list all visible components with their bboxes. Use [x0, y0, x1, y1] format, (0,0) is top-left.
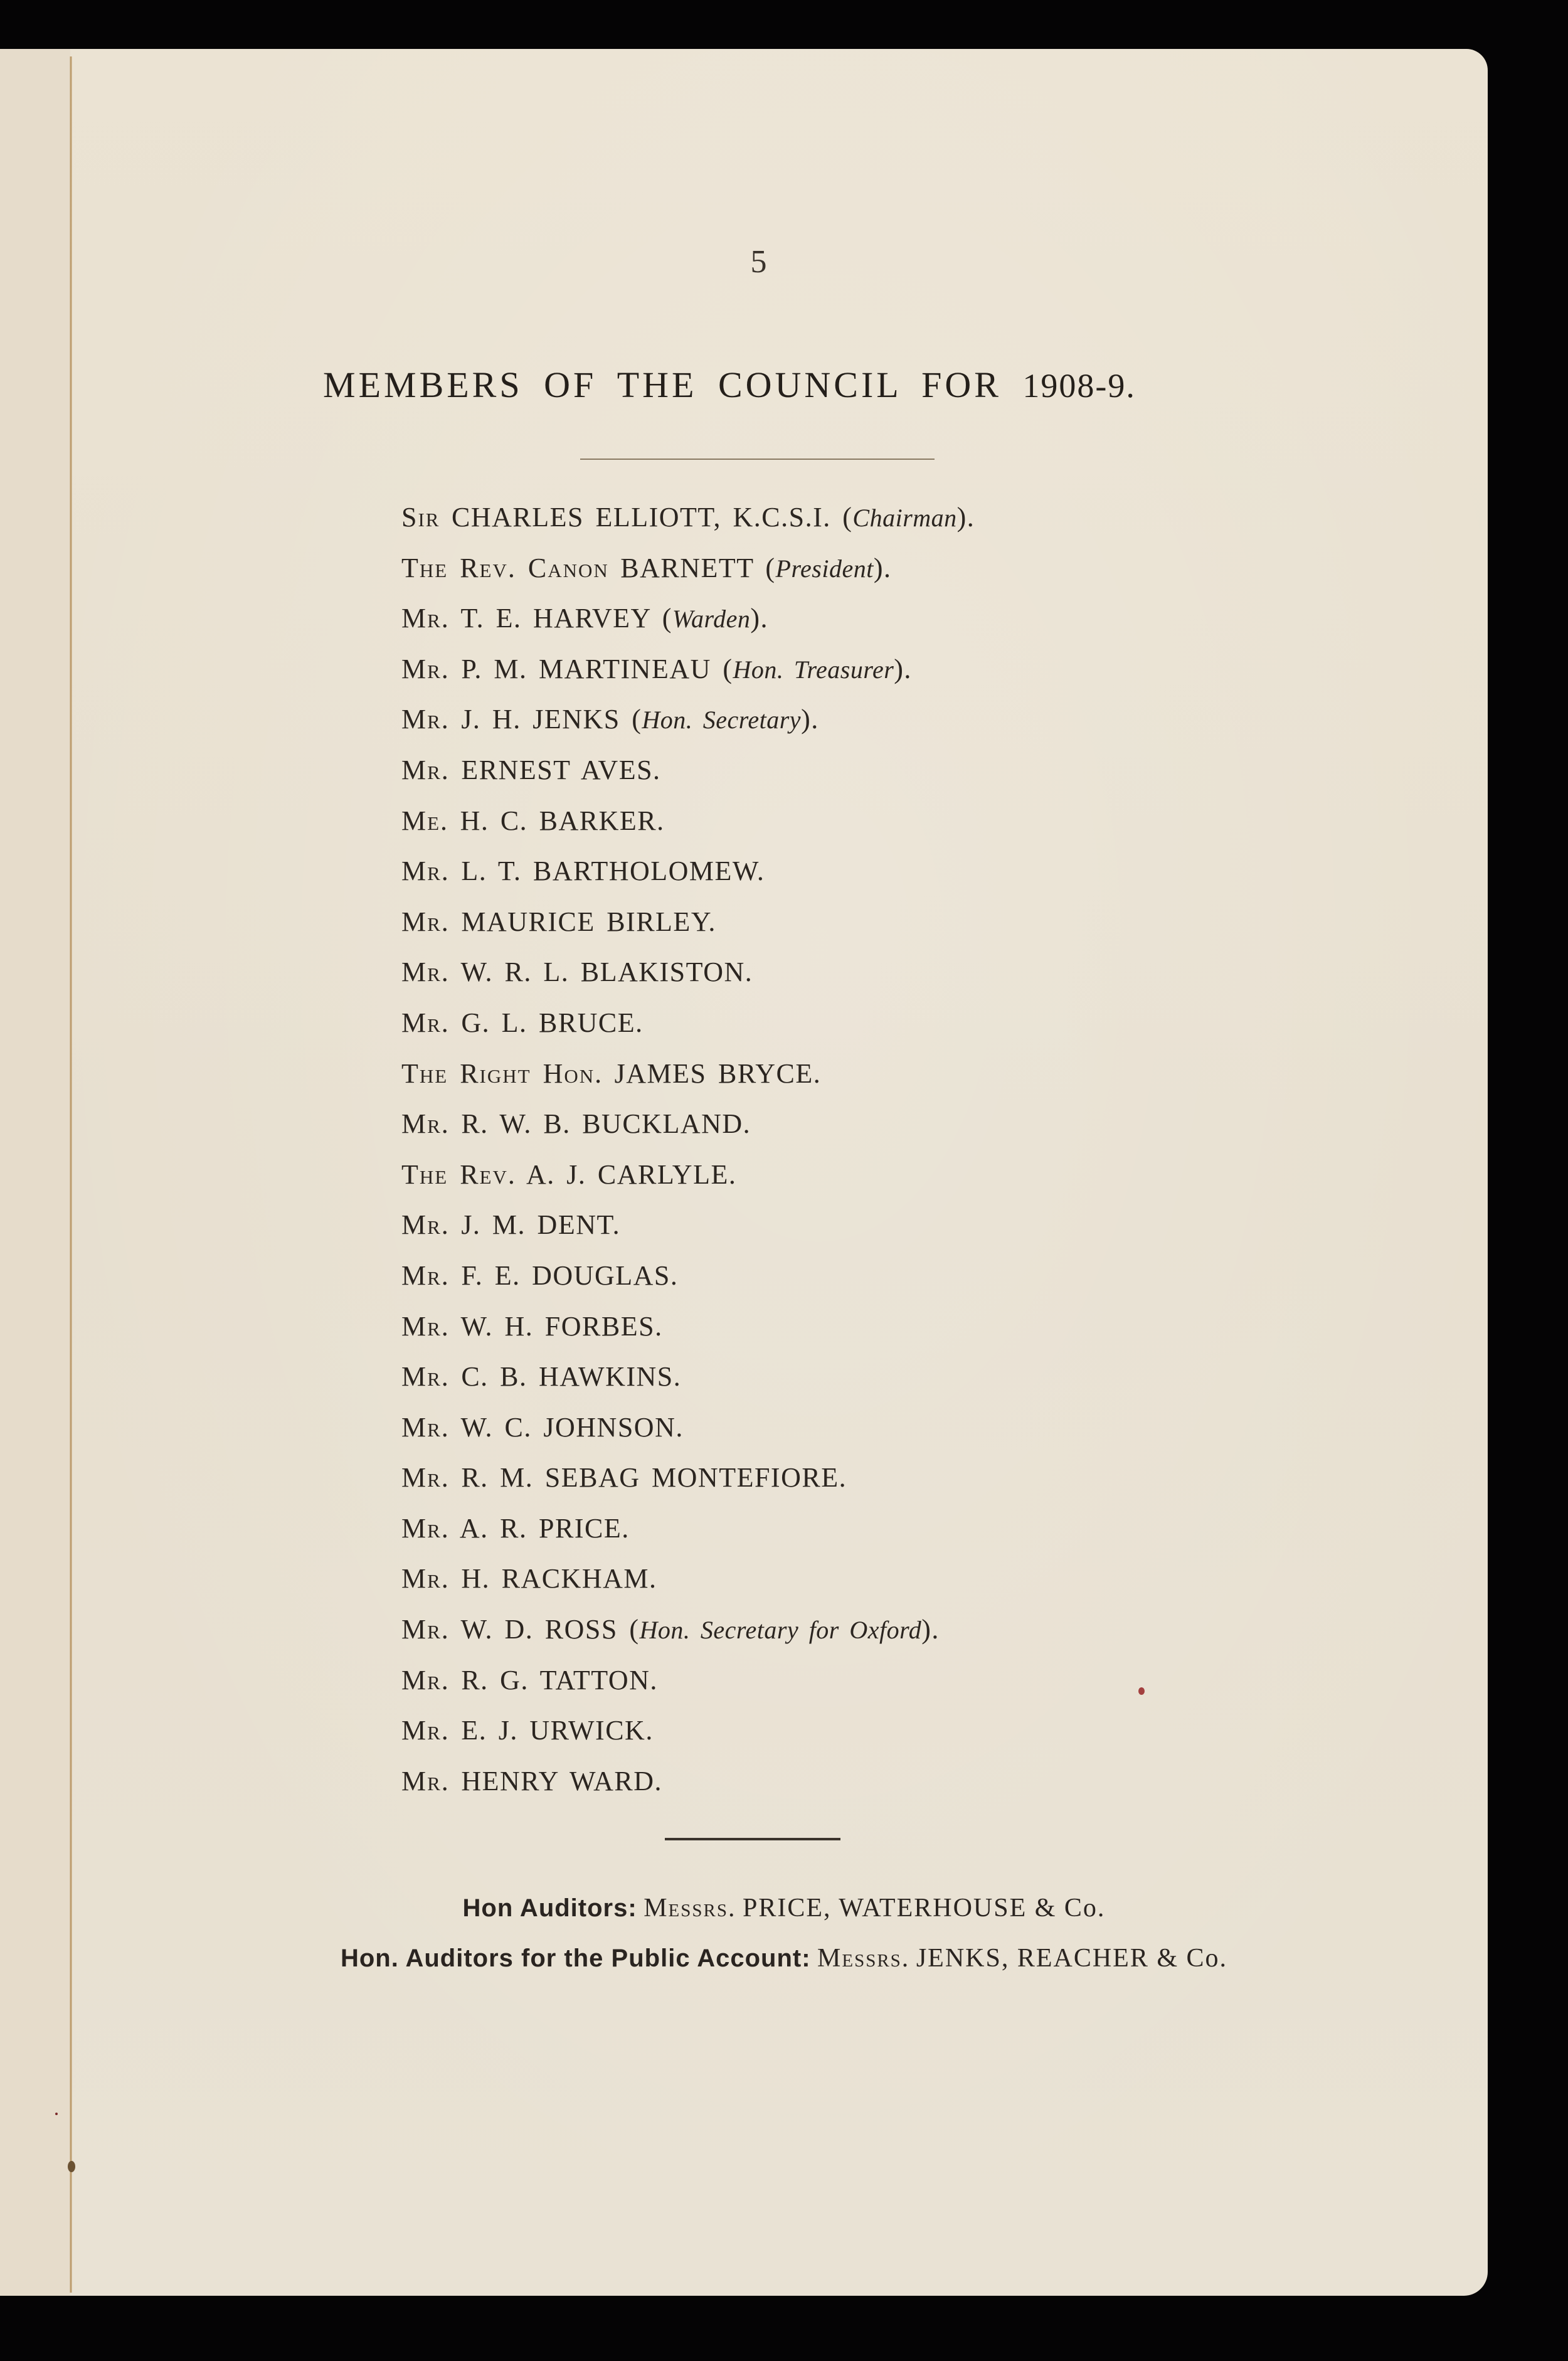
member-prefix: Mr.: [401, 1715, 450, 1746]
member-role: Hon. Secretary for Oxford: [640, 1616, 922, 1644]
member-prefix: Mr.: [401, 957, 450, 987]
auditors-firm: JENKS, REACHER & Co.: [916, 1944, 1227, 1973]
member-prefix: Mr.: [401, 603, 450, 634]
page-title-text: MEMBERS OF THE COUNCIL FOR: [323, 364, 1002, 405]
member-name: J. H. JENKS: [461, 704, 620, 735]
red-ink-spot: [1138, 1687, 1145, 1695]
page-title: MEMBERS OF THE COUNCIL FOR 1908-9.: [323, 364, 1136, 406]
member-item: Me. H. C. BARKER.: [401, 802, 975, 853]
member-prefix: Mr.: [401, 906, 450, 937]
member-item: Mr. W. C. JOHNSON.: [401, 1409, 975, 1460]
member-name: HENRY WARD.: [461, 1766, 662, 1796]
council-members-list: Sir CHARLES ELLIOTT, K.C.S.I. (Chairman)…: [401, 499, 975, 1813]
member-name: R. M. SEBAG MONTEFIORE.: [461, 1462, 847, 1493]
member-item: Mr. MAURICE BIRLEY.: [401, 903, 975, 954]
member-prefix: The Rev. Canon: [401, 553, 609, 583]
member-name: A. R. PRICE.: [460, 1513, 630, 1544]
member-name: G. L. BRUCE.: [461, 1007, 643, 1038]
member-item: The Right Hon. JAMES BRYCE.: [401, 1055, 975, 1106]
member-name: A. J. CARLYLE.: [526, 1159, 736, 1190]
member-name: L. T. BARTHOLOMEW.: [461, 856, 765, 886]
member-name: J. M. DENT.: [461, 1209, 620, 1240]
member-name: P. M. MARTINEAU: [461, 654, 711, 684]
member-item: Mr. A. R. PRICE.: [401, 1510, 975, 1561]
member-name: E. J. URWICK.: [461, 1715, 654, 1746]
auditors-label: Hon. Auditors for the Public Account:: [341, 1945, 811, 1972]
title-divider: [580, 459, 935, 460]
member-name: ERNEST AVES.: [461, 755, 660, 785]
member-item: Mr. C. B. HAWKINS.: [401, 1358, 975, 1409]
member-prefix: Me.: [401, 805, 448, 836]
auditors-messrs: Messrs.: [644, 1894, 736, 1923]
member-prefix: Mr.: [401, 1614, 450, 1645]
member-prefix: Mr.: [401, 1766, 450, 1796]
member-item: Mr. ERNEST AVES.: [401, 751, 975, 802]
member-name: T. E. HARVEY: [461, 603, 651, 634]
member-name: H. C. BARKER.: [460, 805, 665, 836]
page-title-year: 1908-9.: [1022, 367, 1135, 405]
member-prefix: The Right Hon.: [401, 1058, 603, 1089]
binding-stain: [68, 2161, 75, 2172]
member-item: Mr. R. W. B. BUCKLAND.: [401, 1105, 975, 1156]
auditors-firm: PRICE, WATERHOUSE & Co.: [743, 1894, 1105, 1923]
member-prefix: Mr.: [401, 704, 450, 735]
member-item: Mr. F. E. DOUGLAS.: [401, 1257, 975, 1308]
member-prefix: Mr.: [401, 1209, 450, 1240]
member-item: Mr. R. G. TATTON.: [401, 1662, 975, 1712]
member-name: BARNETT: [620, 553, 754, 583]
member-item: Mr. E. J. URWICK.: [401, 1712, 975, 1763]
member-item: Mr. J. H. JENKS (Hon. Secretary).: [401, 701, 975, 751]
page-number: 5: [0, 243, 1518, 280]
member-prefix: Mr.: [401, 1665, 450, 1695]
member-prefix: Mr.: [401, 1108, 450, 1139]
member-item: Mr. R. M. SEBAG MONTEFIORE.: [401, 1459, 975, 1510]
member-prefix: Sir: [401, 502, 440, 533]
member-prefix: Mr.: [401, 1412, 450, 1443]
member-item: Mr. W. H. FORBES.: [401, 1308, 975, 1359]
member-item: Mr. T. E. HARVEY (Warden).: [401, 600, 975, 650]
member-name: W. H. FORBES.: [461, 1311, 663, 1342]
paper-speck: [55, 2113, 58, 2115]
member-item: Mr. W. D. ROSS (Hon. Secretary for Oxfor…: [401, 1611, 975, 1662]
member-prefix: Mr.: [401, 755, 450, 785]
member-name: F. E. DOUGLAS.: [461, 1260, 678, 1291]
auditors-messrs: Messrs.: [817, 1944, 909, 1973]
hon-auditors-line: Hon Auditors: Messrs. PRICE, WATERHOUSE …: [0, 1893, 1543, 1923]
member-role: Chairman: [852, 504, 956, 532]
list-divider: [665, 1838, 840, 1840]
member-item: Sir CHARLES ELLIOTT, K.C.S.I. (Chairman)…: [401, 499, 975, 549]
member-item: Mr. G. L. BRUCE.: [401, 1004, 975, 1055]
member-role: Warden: [672, 605, 750, 633]
member-name: H. RACKHAM.: [461, 1563, 657, 1594]
member-prefix: Mr.: [401, 1361, 450, 1392]
member-item: Mr. P. M. MARTINEAU (Hon. Treasurer).: [401, 650, 975, 701]
member-role: Hon. Secretary: [642, 706, 801, 734]
member-role: President: [776, 554, 874, 583]
member-prefix: Mr.: [401, 654, 450, 684]
public-account-auditors-line: Hon. Auditors for the Public Account: Me…: [0, 1943, 1543, 1973]
member-name: CHARLES ELLIOTT, K.C.S.I.: [452, 502, 831, 533]
auditors-label: Hon Auditors:: [463, 1894, 637, 1922]
member-name: MAURICE BIRLEY.: [461, 906, 716, 937]
member-item: Mr. J. M. DENT.: [401, 1206, 975, 1257]
member-prefix: Mr.: [401, 1260, 450, 1291]
member-item: The Rev. Canon BARNETT (President).: [401, 549, 975, 600]
member-name: R. W. B. BUCKLAND.: [461, 1108, 751, 1139]
member-name: W. R. L. BLAKISTON.: [461, 957, 753, 987]
member-name: W. D. ROSS: [461, 1614, 618, 1645]
member-item: The Rev. A. J. CARLYLE.: [401, 1156, 975, 1207]
member-prefix: Mr.: [401, 856, 450, 886]
member-item: Mr. L. T. BARTHOLOMEW.: [401, 852, 975, 903]
member-item: Mr. H. RACKHAM.: [401, 1560, 975, 1611]
member-prefix: Mr.: [401, 1513, 450, 1544]
member-name: W. C. JOHNSON.: [461, 1412, 684, 1443]
member-name: JAMES BRYCE.: [615, 1058, 822, 1089]
member-name: C. B. HAWKINS.: [461, 1361, 681, 1392]
member-prefix: Mr.: [401, 1311, 450, 1342]
member-prefix: Mr.: [401, 1007, 450, 1038]
member-item: Mr. HENRY WARD.: [401, 1763, 975, 1813]
member-prefix: Mr.: [401, 1563, 450, 1594]
member-item: Mr. W. R. L. BLAKISTON.: [401, 953, 975, 1004]
member-prefix: The Rev.: [401, 1159, 516, 1190]
member-prefix: Mr.: [401, 1462, 450, 1493]
member-role: Hon. Treasurer: [733, 655, 894, 684]
member-name: R. G. TATTON.: [461, 1665, 658, 1695]
